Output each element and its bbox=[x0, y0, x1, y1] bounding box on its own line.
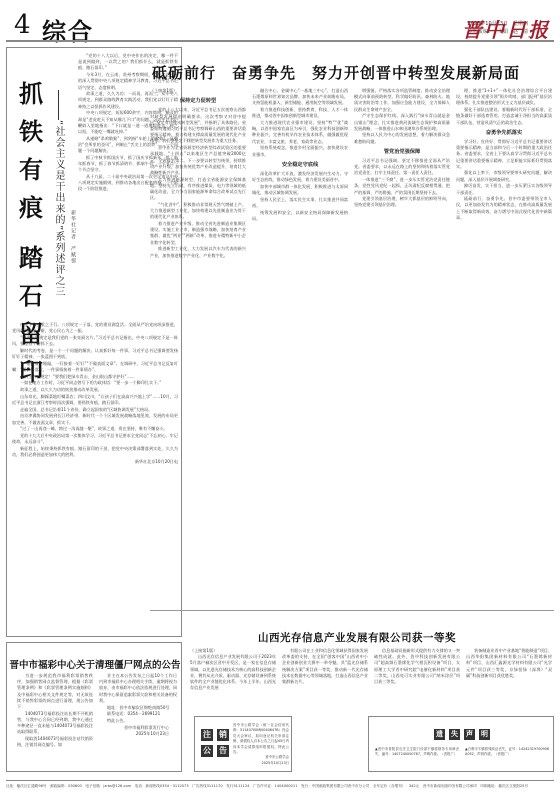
cancellation-notice: 注 销 公 告 晋中市公路学会（统一社会信用代码：51140700MJ00406… bbox=[194, 716, 292, 772]
masthead: 4 综合 2025年10月23日 星期四 本版责编：王文娟 赵 倩 晋中日报 bbox=[0, 0, 560, 42]
lost-notice: 遗 失 声 明 ▲晋中市昔阳县石庄卫生院门诊部不慎将财务专用章丢失，编号：140… bbox=[368, 716, 554, 772]
footer-rule bbox=[6, 780, 554, 781]
main-article-headline: 砥砺前行 奋勇争先 努力开创晋中转型发展新局面 bbox=[152, 62, 552, 83]
sub-heading: 保持定力促转型 bbox=[150, 98, 246, 104]
main-article-column-4: 理，推进“1+1+”一体化社会治理综合平台建设，持续提升党建引领“街乡吹哨、部门… bbox=[456, 88, 552, 608]
notice-date: 2025年10月23日 bbox=[99, 731, 177, 737]
award-column-2: 有限公司在工业和信息化领域获得国家发展改革委的支持，在全国“创客中国”山西省中小… bbox=[282, 648, 368, 698]
footer-imprint: 社址：榆次区汇通路96号 邮政编码：030600 电子信箱：jzrbs@126.… bbox=[6, 784, 554, 789]
masthead-rule bbox=[6, 40, 554, 42]
left-article-byline: 新华社记者 严赋憬 bbox=[70, 210, 77, 264]
continued-note: （上接第1版） bbox=[150, 88, 246, 94]
notice-title: 晋中市福彩中心关于清理僵尸网点的公告 bbox=[7, 657, 183, 671]
award-column-4: 装备制造业晋中产业基地“智能制造”项目、山西华阳集团新材料有限公司“石墨烯新材料… bbox=[466, 648, 552, 698]
sub-heading: 安全稳定守底线 bbox=[252, 162, 348, 168]
sub-heading: 管党治党强保障 bbox=[354, 149, 450, 155]
lottery-notice: 晋中市福彩中心关于清理僵尸网点的公告 为进一步规范我市福利彩票销售秩序，加强销售… bbox=[6, 642, 182, 772]
page-number: 4 bbox=[14, 10, 31, 40]
cancellation-text: 晋中市公路学会（统一社会信用代码：51140700MJ0040647B）经会员大… bbox=[233, 723, 289, 771]
main-article-body: （上接第1版） 保持定力促转型 党的十八大以来，习近平总书记五次视察山西都对转型… bbox=[150, 88, 554, 608]
left-article-subtitle: “社会主义是干出来的”系列述评之三 bbox=[52, 120, 66, 297]
subtitle-dash bbox=[58, 90, 59, 120]
section-divider bbox=[150, 610, 554, 611]
award-article-body: （上接第1版） 山西光存信息产业发展有限公司于2023年5月落户榆次区晋中开发区… bbox=[190, 648, 554, 698]
main-article-column-2: 融合中心、金属中心“一基地三中心”，打造山西石墨烯原料世界知名品牌。加快未来产业… bbox=[252, 88, 348, 608]
lost-notice-label: 遗 失 声 明 bbox=[369, 729, 555, 740]
award-column-3: 信息基础设施新形式提供有力支撑的又一突破性成就。此外，晋中科技创新发展有限公司“… bbox=[374, 648, 460, 698]
main-article-column-1: （上接第1版） 保持定力促转型 党的十八大以来，习近平总书记五次视察山西都对转型… bbox=[150, 88, 246, 608]
award-column-1: （上接第1版） 山西光存信息产业发展有限公司于2023年5月落户榆次区晋中开发区… bbox=[190, 648, 276, 698]
main-article-column-3: 增强链，严格落实各项监管制度，推动安全治理模式向事前预防转型。科学做好防汛、森林… bbox=[354, 88, 450, 608]
cancellation-label: 注 销 公 告 bbox=[201, 729, 229, 757]
lost-notice-item-2: ▲白利平不慎将残疾证丢失，证号：14242319700906X052，声明作废。… bbox=[465, 747, 549, 771]
notice-column-1: 为进一步规范我市福利彩票销售秩序，加强销售网点监督管理，根据《彩票管理条例》和《… bbox=[17, 673, 93, 768]
award-article-headline: 山西光存信息产业发展有限公司获一等奖 bbox=[258, 630, 456, 645]
notice-column-2: 业主在本公告发布之日起10个工作日内到市福彩中心办理相关手续，逾期将视为放弃，由… bbox=[99, 673, 177, 768]
sub-heading: 奋勇争先抓落实 bbox=[456, 130, 552, 136]
newspaper-logo: 晋中日报 bbox=[462, 14, 550, 43]
lost-notice-item-1: ▲晋中市昔阳县石庄卫生院门诊部不慎将财务专用章丢失，编号：14072400007… bbox=[375, 747, 459, 771]
